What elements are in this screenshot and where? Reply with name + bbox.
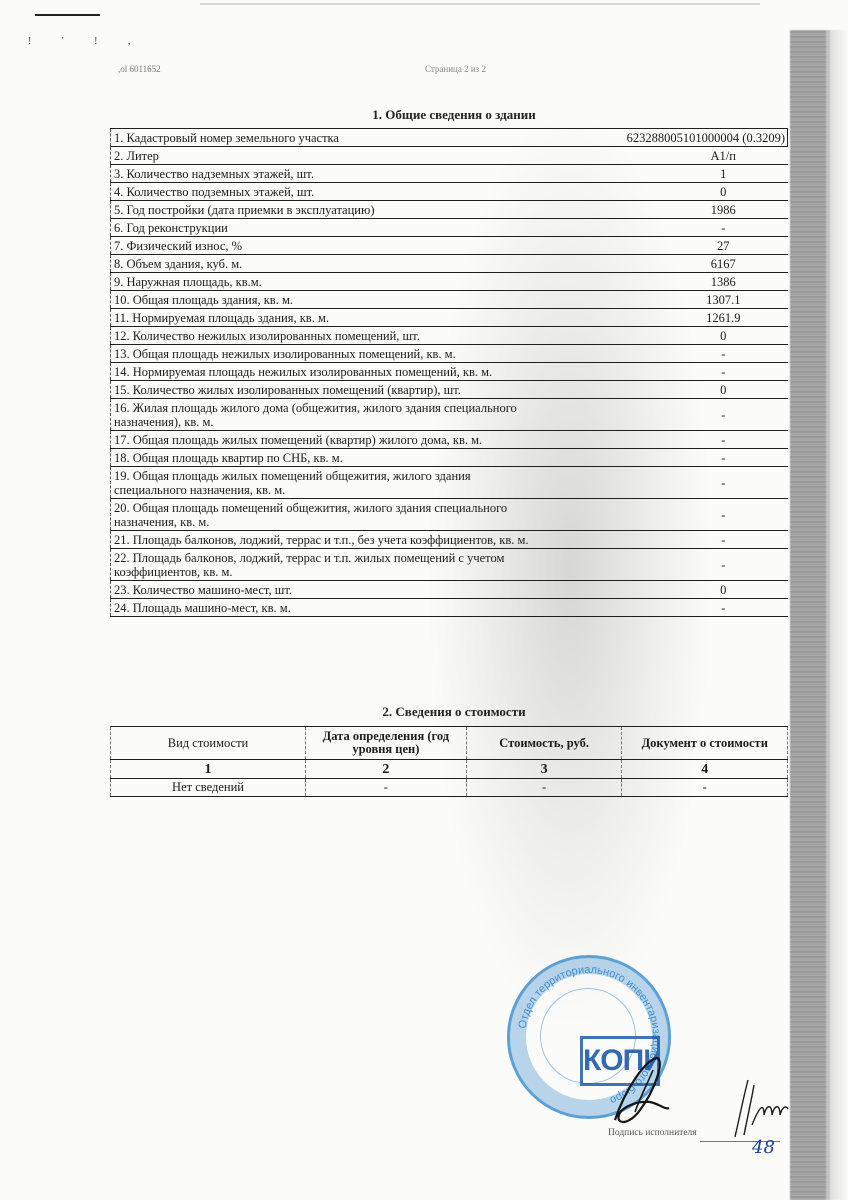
table-row: 4. Количество подземных этажей, шт.0 (111, 183, 788, 201)
top-rule (35, 14, 100, 16)
table-row: 20. Общая площадь помещений общежития, ж… (111, 499, 788, 531)
table-row: 24. Площадь машино-мест, кв. м.- (111, 599, 788, 617)
table-row: 8. Объем здания, куб. м.6167 (111, 255, 788, 273)
col-num-4: 4 (622, 760, 788, 779)
table-row: 15. Количество жилых изолированных помещ… (111, 381, 788, 399)
row-value: - (547, 363, 788, 381)
row-label: 1. Кадастровый номер земельного участка (111, 129, 548, 147)
row-label: 3. Количество надземных этажей, шт. (111, 165, 548, 183)
row-value: 1386 (547, 273, 788, 291)
row-value: А1/п (547, 147, 788, 165)
signature-label: Подпись исполнителя (608, 1128, 697, 1138)
document-number: ,ol 6011652 (118, 64, 161, 74)
handwritten-page-number: 48 (752, 1137, 775, 1158)
row-value: - (547, 449, 788, 467)
row-label: 19. Общая площадь жилых помещений общежи… (111, 467, 548, 499)
row-label: 17. Общая площадь жилых помещений (кварт… (111, 431, 548, 449)
row-label: 14. Нормируемая площадь нежилых изолиров… (111, 363, 548, 381)
row-label: 5. Год постройки (дата приемки в эксплуа… (111, 201, 548, 219)
table-row: Нет сведений - - - (111, 779, 788, 797)
table-row: 13. Общая площадь нежилых изолированных … (111, 345, 788, 363)
table-row: 5. Год постройки (дата приемки в эксплуа… (111, 201, 788, 219)
row-value: 1307.1 (547, 291, 788, 309)
table-row: 11. Нормируемая площадь здания, кв. м.12… (111, 309, 788, 327)
header-marks: ! ' ! , (28, 36, 144, 47)
col-num-3: 3 (466, 760, 622, 779)
table-row: 14. Нормируемая площадь нежилых изолиров… (111, 363, 788, 381)
row-label: 22. Площадь балконов, лоджий, террас и т… (111, 549, 548, 581)
cost-table-header-row: Вид стоимости Дата определения (год уров… (111, 727, 788, 760)
cost-table: Вид стоимости Дата определения (год уров… (110, 726, 788, 797)
row-value: - (547, 399, 788, 431)
row-label: 6. Год реконструкции (111, 219, 548, 237)
table-row: 2. ЛитерА1/п (111, 147, 788, 165)
row-value: 0 (547, 327, 788, 345)
row-label: 13. Общая площадь нежилых изолированных … (111, 345, 548, 363)
general-info-table: 1. Кадастровый номер земельного участка6… (110, 128, 788, 617)
row-value: - (547, 431, 788, 449)
row-value: 27 (547, 237, 788, 255)
row-value: 1261.9 (547, 309, 788, 327)
row-label: 21. Площадь балконов, лоджий, террас и т… (111, 531, 548, 549)
row-value: 623288005101000004 (0.3209) (547, 129, 788, 147)
table-row: 9. Наружная площадь, кв.м.1386 (111, 273, 788, 291)
row-label: 16. Жилая площадь жилого дома (общежития… (111, 399, 548, 431)
table-row: 1. Кадастровый номер земельного участка6… (111, 129, 788, 147)
row-label: 8. Объем здания, куб. м. (111, 255, 548, 273)
col-num-1: 1 (111, 760, 306, 779)
row-value: - (547, 345, 788, 363)
table-row: 23. Количество машино-мест, шт.0 (111, 581, 788, 599)
row-label: 11. Нормируемая площадь здания, кв. м. (111, 309, 548, 327)
section-title-general: 1. Общие сведения о здании (30, 107, 848, 123)
row-value: - (547, 499, 788, 531)
row-value: 0 (547, 183, 788, 201)
scanner-edge-shadow (790, 30, 830, 1200)
row-value: - (547, 599, 788, 617)
cell-date: - (306, 779, 467, 797)
table-row: 19. Общая площадь жилых помещений общежи… (111, 467, 788, 499)
row-label: 10. Общая площадь здания, кв. м. (111, 291, 548, 309)
row-label: 24. Площадь машино-мест, кв. м. (111, 599, 548, 617)
page-indicator: Страница 2 из 2 (425, 64, 486, 74)
table-row: 3. Количество надземных этажей, шт.1 (111, 165, 788, 183)
row-value: - (547, 531, 788, 549)
row-value: 1 (547, 165, 788, 183)
stamp-signature-icon (605, 1050, 675, 1130)
table-row: 7. Физический износ, %27 (111, 237, 788, 255)
row-label: 20. Общая площадь помещений общежития, ж… (111, 499, 548, 531)
table-row: 16. Жилая площадь жилого дома (общежития… (111, 399, 788, 431)
row-label: 2. Литер (111, 147, 548, 165)
table-row: 18. Общая площадь квартир по СНБ, кв. м.… (111, 449, 788, 467)
cell-cost-type: Нет сведений (111, 779, 306, 797)
row-value: 0 (547, 581, 788, 599)
executor-signature-icon (730, 1075, 790, 1140)
row-label: 15. Количество жилых изолированных помещ… (111, 381, 548, 399)
section-title-cost: 2. Сведения о стоимости (30, 704, 848, 720)
cell-document: - (622, 779, 788, 797)
table-row: 6. Год реконструкции- (111, 219, 788, 237)
row-value: - (547, 467, 788, 499)
row-value: 0 (547, 381, 788, 399)
col-header-cost: Стоимость, руб. (466, 727, 622, 760)
row-value: - (547, 549, 788, 581)
col-header-cost-type: Вид стоимости (111, 727, 306, 760)
row-value: 1986 (547, 201, 788, 219)
table-row: 10. Общая площадь здания, кв. м.1307.1 (111, 291, 788, 309)
column-number-row: 1 2 3 4 (111, 760, 788, 779)
row-label: 23. Количество машино-мест, шт. (111, 581, 548, 599)
row-label: 7. Физический износ, % (111, 237, 548, 255)
row-label: 18. Общая площадь квартир по СНБ, кв. м. (111, 449, 548, 467)
row-label: 9. Наружная площадь, кв.м. (111, 273, 548, 291)
scan-artifact-rule (200, 3, 760, 5)
table-row: 21. Площадь балконов, лоджий, террас и т… (111, 531, 788, 549)
row-value: 6167 (547, 255, 788, 273)
row-label: 4. Количество подземных этажей, шт. (111, 183, 548, 201)
cell-cost: - (466, 779, 622, 797)
col-num-2: 2 (306, 760, 467, 779)
row-label: 12. Количество нежилых изолированных пом… (111, 327, 548, 345)
table-row: 17. Общая площадь жилых помещений (кварт… (111, 431, 788, 449)
table-row: 12. Количество нежилых изолированных пом… (111, 327, 788, 345)
table-row: 22. Площадь балконов, лоджий, террас и т… (111, 549, 788, 581)
col-header-date: Дата определения (год уровня цен) (306, 727, 467, 760)
col-header-document: Документ о стоимости (622, 727, 788, 760)
row-value: - (547, 219, 788, 237)
